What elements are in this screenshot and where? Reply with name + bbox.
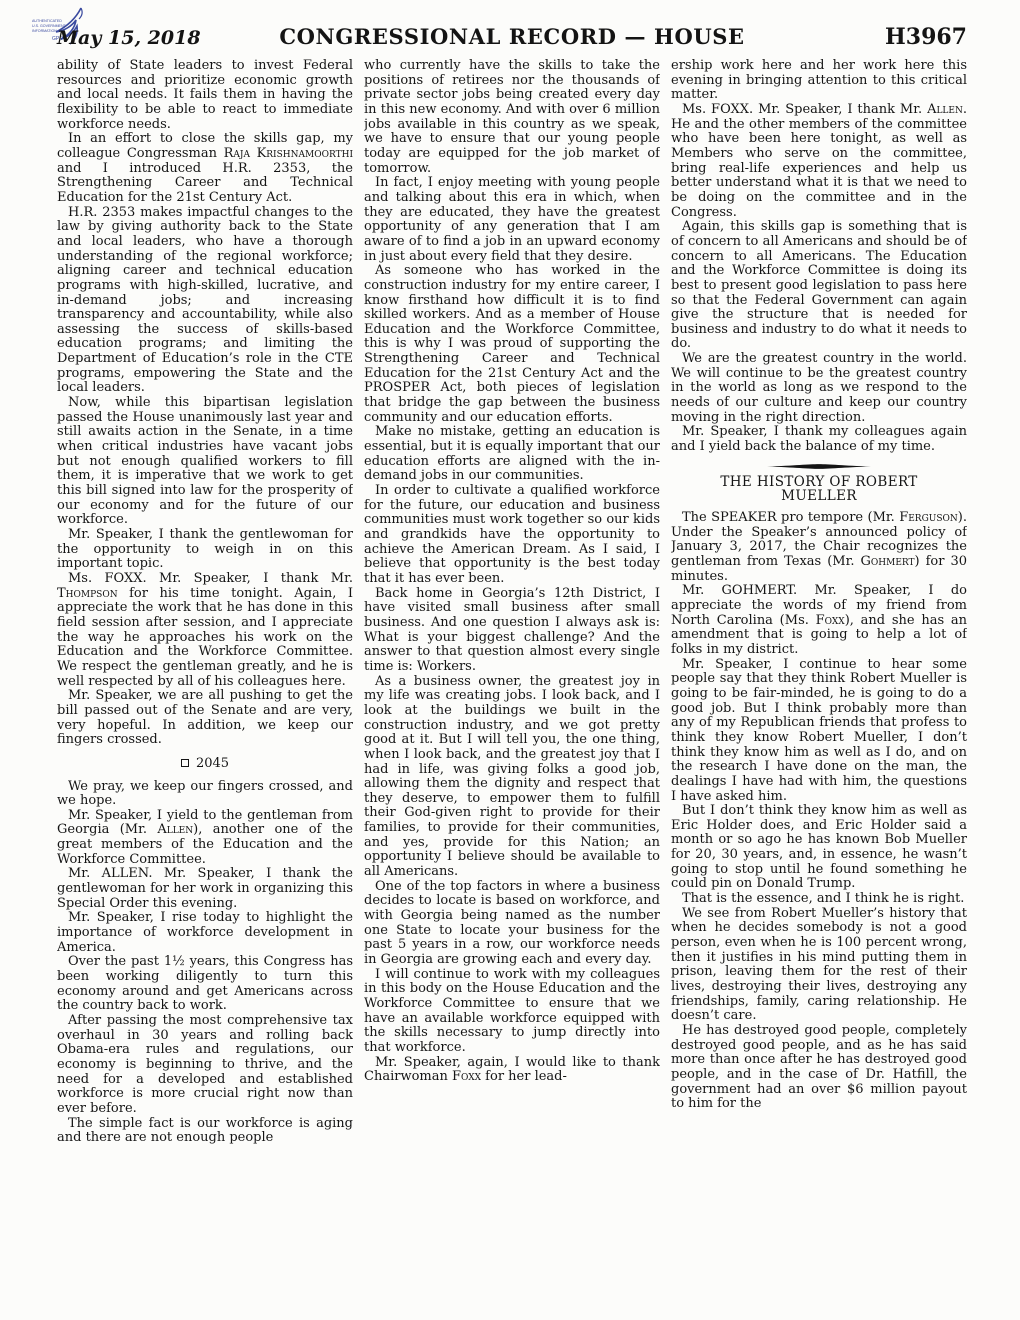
masthead: May 15, 2018 CONGRESSIONAL RECORD — HOUS…	[57, 24, 967, 50]
paragraph: Mr. Speaker, I thank my colleagues again…	[671, 425, 967, 454]
section-divider	[671, 463, 967, 470]
paragraph: Ms. FOXX. Mr. Speaker, I thank Mr. Thomp…	[57, 572, 353, 689]
logo-text-line3: INFORMATION	[32, 29, 57, 33]
text-run: . He and the other members of the commit…	[671, 102, 967, 220]
hollow-square-icon	[181, 759, 189, 767]
text-run: Now, while this bipartisan legislation p…	[57, 395, 353, 527]
text-run: After passing the most comprehensive tax…	[57, 1013, 353, 1116]
paragraph: As a business owner, the greatest joy in…	[364, 675, 660, 880]
column-3: ership work here and her work here this …	[671, 59, 967, 1235]
text-run: That is the essence, and I think he is r…	[682, 891, 964, 906]
paragraph: That is the essence, and I think he is r…	[671, 892, 967, 907]
text-run: The simple fact is our workforce is agin…	[57, 1116, 353, 1146]
member-name: Thompson	[57, 586, 118, 601]
member-name: Raja Krishnamoorthi	[224, 146, 353, 161]
paragraph: Mr. Speaker, I thank the gentlewoman for…	[57, 528, 353, 572]
text-run: for her lead-	[481, 1069, 567, 1084]
text-run: ability of State leaders to invest Feder…	[57, 59, 353, 132]
swelled-rule-icon	[767, 463, 871, 470]
paragraph: We see from Robert Mueller’s history tha…	[671, 907, 967, 1024]
paragraph: But I don’t think they know him as well …	[671, 804, 967, 892]
text-run: Ms. FOXX. Mr. Speaker, I thank Mr.	[68, 571, 353, 586]
paragraph: Back home in Georgia’s 12th District, I …	[364, 587, 660, 675]
member-name: Gohmert	[861, 554, 915, 569]
paragraph: The simple fact is our workforce is agin…	[57, 1117, 353, 1146]
paragraph: We are the greatest country in the world…	[671, 352, 967, 425]
paragraph: As someone who has worked in the constru…	[364, 264, 660, 425]
text-run: Mr. ALLEN. Mr. Speaker, I thank the gent…	[57, 866, 353, 910]
text-run: As someone who has worked in the constru…	[364, 263, 660, 425]
paragraph: Mr. Speaker, I continue to hear some peo…	[671, 658, 967, 805]
paragraph: Again, this skills gap is something that…	[671, 220, 967, 352]
text-run: who currently have the skills to take th…	[364, 59, 660, 176]
paragraph: Now, while this bipartisan legislation p…	[57, 396, 353, 528]
text-run: Over the past 1½ years, this Congress ha…	[57, 954, 353, 1013]
text-run: ership work here and her work here this …	[671, 59, 967, 102]
page-body: ability of State leaders to invest Feder…	[57, 59, 967, 1235]
text-run: and I introduced H.R. 2353, the Strength…	[57, 161, 353, 205]
member-name: Foxx	[452, 1069, 481, 1084]
paragraph: Mr. Speaker, I yield to the gentleman fr…	[57, 809, 353, 868]
text-run: Mr. Speaker, we are all pushing to get t…	[57, 688, 353, 747]
time-value: 2045	[196, 756, 229, 771]
issue-date: May 15, 2018	[57, 27, 272, 49]
text-run: Make no mistake, getting an education is…	[364, 424, 660, 483]
paragraph: Mr. ALLEN. Mr. Speaker, I thank the gent…	[57, 867, 353, 911]
paragraph: Ms. FOXX. Mr. Speaker, I thank Mr. Allen…	[671, 103, 967, 220]
paragraph: One of the top factors in where a busine…	[364, 880, 660, 968]
logo-text-line1: AUTHENTICATED	[32, 19, 62, 23]
text-run: The SPEAKER pro tempore (Mr.	[682, 510, 899, 525]
text-run: We see from Robert Mueller’s history tha…	[671, 906, 967, 1024]
text-run: for his time tonight. Again, I appreciat…	[57, 586, 353, 689]
paragraph: He has destroyed good people, completely…	[671, 1024, 967, 1112]
text-run: Again, this skills gap is something that…	[671, 219, 967, 351]
text-run: Mr. Speaker, I thank the gentlewoman for…	[57, 527, 353, 571]
member-name: Allen	[157, 822, 193, 837]
text-run: He has destroyed good people, completely…	[671, 1023, 967, 1111]
text-run: Mr. Speaker, I continue to hear some peo…	[671, 657, 967, 804]
text-run: Mr. Speaker, I rise today to highlight t…	[57, 910, 353, 954]
text-run: As a business owner, the greatest joy in…	[364, 674, 660, 880]
column-1: ability of State leaders to invest Feder…	[57, 59, 353, 1235]
paragraph: Mr. Speaker, I rise today to highlight t…	[57, 911, 353, 955]
member-name: Foxx	[816, 613, 845, 628]
text-run: Mr. Speaker, I thank my colleagues again…	[671, 424, 967, 454]
time-marker: 2045	[57, 757, 353, 772]
text-run: We are the greatest country in the world…	[671, 351, 967, 425]
text-run: But I don’t think they know him as well …	[671, 803, 967, 891]
paragraph: ability of State leaders to invest Feder…	[57, 59, 353, 132]
paragraph: In an effort to close the skills gap, my…	[57, 132, 353, 205]
publication-title: CONGRESSIONAL RECORD — HOUSE	[272, 24, 752, 49]
page-number: H3967	[752, 24, 967, 50]
column-2: who currently have the skills to take th…	[364, 59, 660, 1235]
paragraph: In fact, I enjoy meeting with young peop…	[364, 176, 660, 264]
paragraph: who currently have the skills to take th…	[364, 59, 660, 176]
member-name: Ferguson	[899, 510, 958, 525]
paragraph: I will continue to work with my colleagu…	[364, 968, 660, 1056]
paragraph: H.R. 2353 makes impactful changes to the…	[57, 206, 353, 397]
paragraph: Mr. Speaker, again, I would like to than…	[364, 1056, 660, 1085]
text-run: We pray, we keep our fingers crossed, an…	[57, 779, 353, 809]
paragraph: After passing the most comprehensive tax…	[57, 1014, 353, 1117]
text-run: Ms. FOXX. Mr. Speaker, I thank Mr.	[682, 102, 927, 117]
text-run: H.R. 2353 makes impactful changes to the…	[57, 205, 353, 396]
text-run: In fact, I enjoy meeting with young peop…	[364, 175, 660, 263]
text-run: One of the top factors in where a busine…	[364, 879, 660, 967]
text-run: I will continue to work with my colleagu…	[364, 967, 660, 1055]
paragraph: Make no mistake, getting an education is…	[364, 425, 660, 484]
member-name: Allen	[927, 102, 963, 117]
section-heading: THE HISTORY OF ROBERT MUELLER	[697, 475, 941, 504]
paragraph: Over the past 1½ years, this Congress ha…	[57, 955, 353, 1014]
text-run: Back home in Georgia’s 12th District, I …	[364, 586, 660, 674]
paragraph: Mr. Speaker, we are all pushing to get t…	[57, 689, 353, 748]
paragraph: In order to cultivate a qualified workfo…	[364, 484, 660, 587]
paragraph: ership work here and her work here this …	[671, 59, 967, 103]
paragraph: The SPEAKER pro tempore (Mr. Ferguson). …	[671, 511, 967, 584]
paragraph: Mr. GOHMERT. Mr. Speaker, I do appreciat…	[671, 584, 967, 657]
text-run: In order to cultivate a qualified workfo…	[364, 483, 660, 586]
paragraph: We pray, we keep our fingers crossed, an…	[57, 780, 353, 809]
